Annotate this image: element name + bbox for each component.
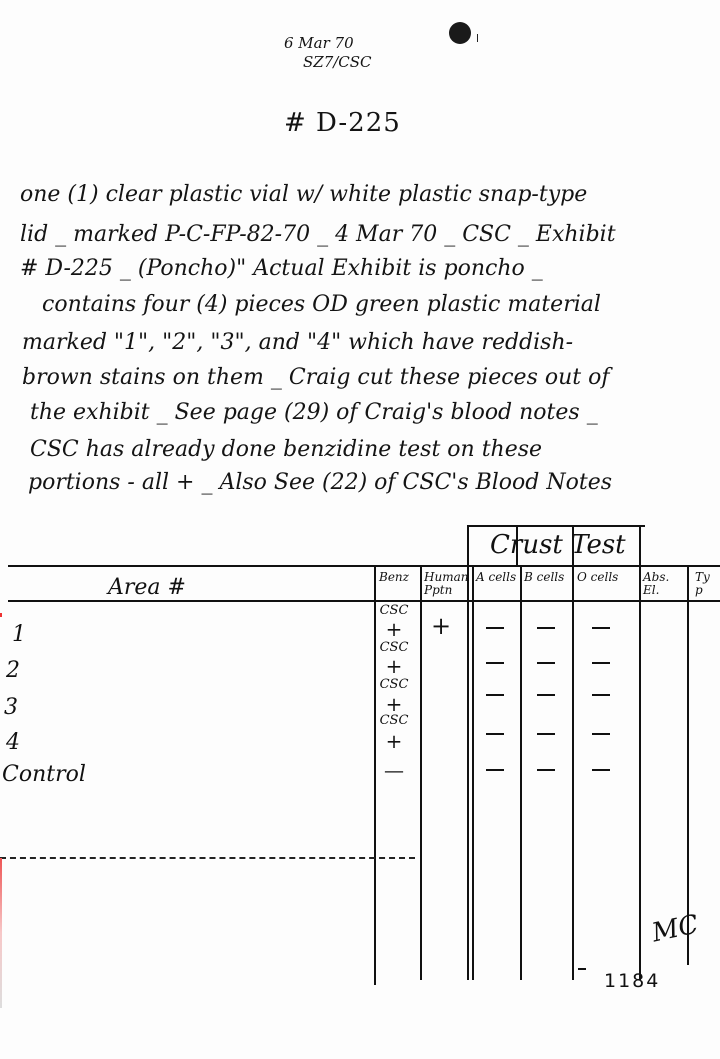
negative-result-mark (592, 733, 610, 735)
body-line: # D-225 _ (Poncho)" Actual Exhibit is po… (20, 256, 543, 281)
negative-result-mark (486, 733, 504, 735)
col-header-b-cells: B cells (524, 571, 570, 584)
margin-mark (0, 858, 2, 1008)
col-header-type: Ty p (695, 571, 720, 597)
row-label-control: Control (2, 762, 86, 787)
body-line: contains four (4) pieces OD green plasti… (42, 292, 601, 317)
table-rule (8, 600, 720, 602)
benz-row-2: + (378, 654, 410, 678)
col-header-o-cells: O cells (577, 571, 635, 584)
negative-result-mark (592, 627, 610, 629)
table-rule (687, 565, 689, 965)
body-line: brown stains on them _ Craig cut these p… (22, 365, 610, 390)
negative-result-mark (592, 694, 610, 696)
header-reference: SZ7/CSC (303, 53, 372, 71)
table-rule (472, 565, 474, 980)
negative-result-mark (537, 627, 555, 629)
header-date: 6 Mar 70 (284, 34, 354, 52)
table-rule (420, 565, 422, 980)
negative-result-mark (486, 769, 504, 771)
body-line: portions - all + _ Also See (22) of CSC'… (28, 470, 612, 495)
negative-result-mark (592, 662, 610, 664)
negative-result-mark (486, 694, 504, 696)
benz-row-1: + (378, 617, 410, 641)
negative-result-mark (537, 694, 555, 696)
tick-mark (477, 34, 478, 42)
negative-result-mark (486, 662, 504, 664)
negative-result-mark (592, 769, 610, 771)
col-header-a-cells: A cells (476, 571, 518, 584)
table-rule (374, 565, 376, 985)
row-label-area-1: 1 (12, 622, 26, 647)
page-number: 1184 (604, 970, 660, 992)
benz-row-control: — (378, 758, 410, 782)
exhibit-number: # D-225 (284, 108, 401, 138)
body-line: lid _ marked P-C-FP-82-70 _ 4 Mar 70 _ C… (20, 222, 616, 247)
negative-result-mark (486, 627, 504, 629)
row-label-area-2: 2 (6, 658, 20, 683)
benz-row-4: + (378, 729, 410, 753)
negative-result-mark (537, 733, 555, 735)
row-label-area-3: 3 (4, 695, 18, 720)
examiner-initials: MC (649, 909, 701, 948)
table-rule (8, 565, 720, 567)
table-bottom-rule (0, 857, 415, 859)
table-rule (578, 968, 586, 970)
benz-by-row-1: CSC (378, 603, 410, 618)
col-header-benz: Benz (379, 571, 419, 584)
table-rule (467, 525, 645, 527)
crust-test-header: Crust Test (490, 530, 626, 560)
benz-by-row-4: CSC (378, 713, 410, 728)
body-line: CSC has already done benzidine test on t… (30, 437, 542, 462)
col-header-human-pptn: Human Pptn (424, 571, 470, 597)
benz-by-row-3: CSC (378, 677, 410, 692)
col-header-abs-el: Abs. El. (643, 571, 685, 597)
body-line: one (1) clear plastic vial w/ white plas… (20, 182, 587, 207)
body-line: marked "1", "2", "3", and "4" which have… (22, 330, 573, 355)
table-rule (520, 565, 522, 980)
table-rule (639, 525, 641, 980)
benz-by-row-2: CSC (378, 640, 410, 655)
margin-mark (0, 613, 2, 617)
punch-hole-dot (449, 22, 471, 44)
body-line: the exhibit _ See page (29) of Craig's b… (30, 400, 598, 425)
table-rule (572, 565, 574, 980)
negative-result-mark (537, 662, 555, 664)
negative-result-mark (537, 769, 555, 771)
col-header-area: Area # (108, 575, 186, 600)
row-label-area-4: 4 (6, 730, 20, 755)
human-pptn-row-1: + (424, 612, 458, 640)
